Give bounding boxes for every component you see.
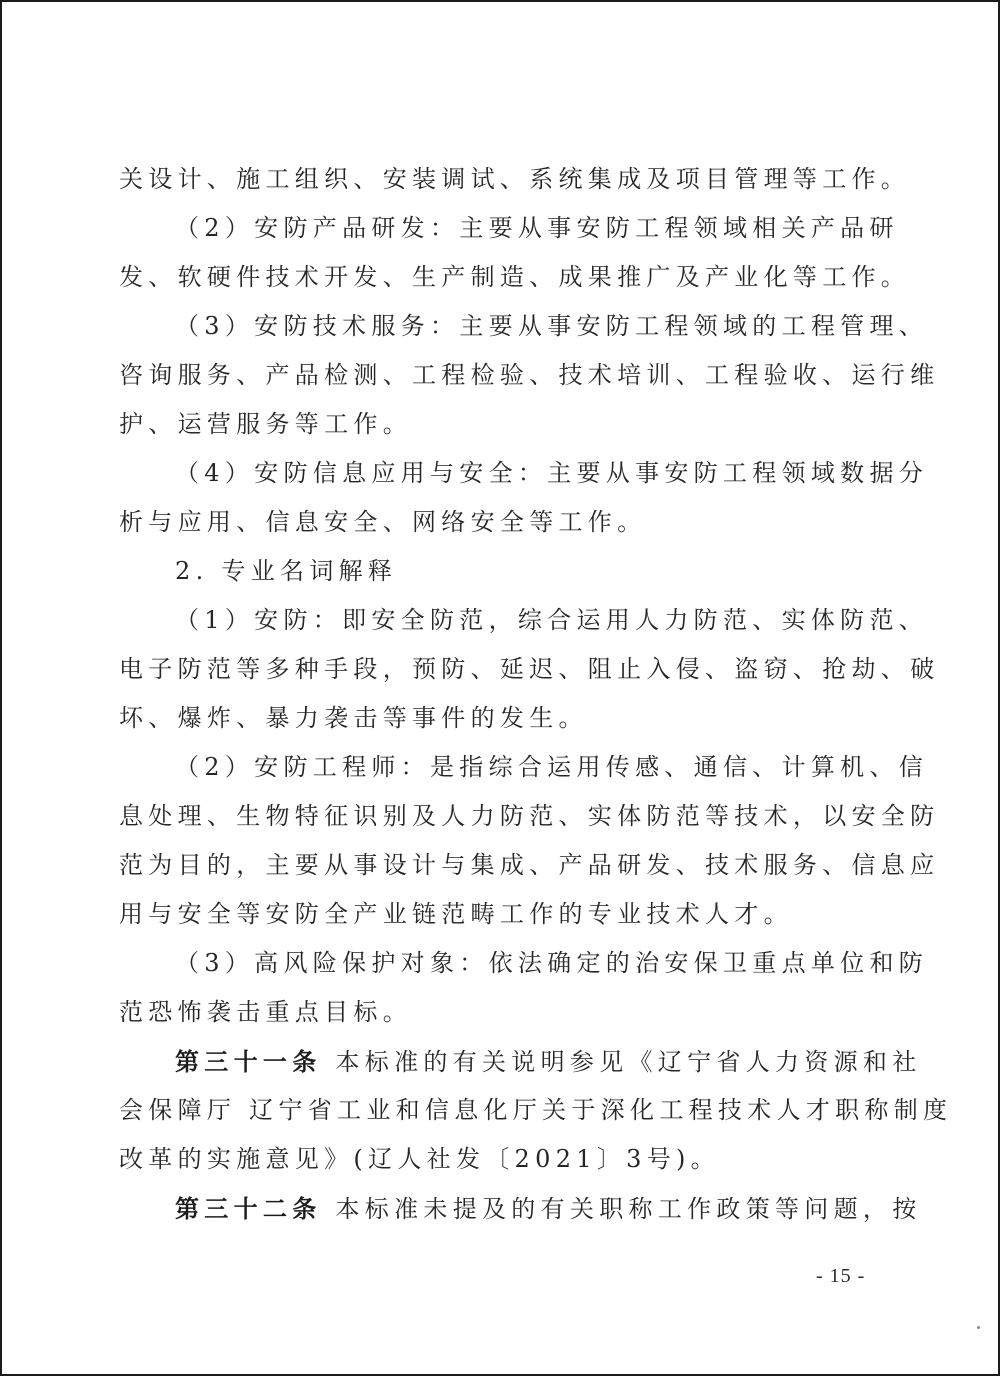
scan-speck bbox=[977, 1326, 980, 1329]
text-line: 用与安全等安防全产业链范畴工作的专业技术人才。 bbox=[119, 890, 864, 939]
page-number: - 15 - bbox=[816, 1265, 865, 1288]
text-line: 护、运营服务等工作。 bbox=[119, 400, 864, 449]
article-32-text: 本标准未提及的有关职称工作政策等问题，按 bbox=[336, 1195, 922, 1223]
text-line-item-3-tech-service: （3）安防技术服务：主要从事安防工程领域的工程管理、 bbox=[119, 302, 864, 351]
text-line-item-2-product-rd: （2）安防产品研发：主要从事安防工程领域相关产品研 bbox=[119, 204, 864, 253]
article-32-heading: 第三十二条 bbox=[175, 1194, 322, 1223]
text-line-term-3-high-risk: （3）高风险保护对象：依法确定的治安保卫重点单位和防 bbox=[119, 939, 864, 988]
document-page: 关设计、施工组织、安装调试、系统集成及项目管理等工作。 （2）安防产品研发：主要… bbox=[0, 0, 1000, 1376]
text-line: 范为目的，主要从事设计与集成、产品研发、技术服务、信息应 bbox=[119, 841, 864, 890]
article-31-text: 本标准的有关说明参见《辽宁省人力资源和社 bbox=[336, 1048, 922, 1076]
text-line: 关设计、施工组织、安装调试、系统集成及项目管理等工作。 bbox=[119, 155, 864, 204]
text-line: 坏、爆炸、暴力袭击等事件的发生。 bbox=[119, 694, 864, 743]
text-line: 析与应用、信息安全、网络安全等工作。 bbox=[119, 498, 864, 547]
text-line: 咨询服务、产品检测、工程检验、技术培训、工程验收、运行维 bbox=[119, 351, 864, 400]
article-32: 第三十二条本标准未提及的有关职称工作政策等问题，按 bbox=[119, 1184, 864, 1233]
text-line: 会保障厅 辽宁省工业和信息化厅关于深化工程技术人才职称制度 bbox=[119, 1086, 864, 1135]
text-line: 息处理、生物特征识别及人力防范、实体防范等技术，以安全防 bbox=[119, 792, 864, 841]
text-line-item-4-info-security: （4）安防信息应用与安全：主要从事安防工程领域数据分 bbox=[119, 449, 864, 498]
text-line-term-1-security: （1）安防：即安全防范，综合运用人力防范、实体防范、 bbox=[119, 596, 864, 645]
document-body: 关设计、施工组织、安装调试、系统集成及项目管理等工作。 （2）安防产品研发：主要… bbox=[119, 155, 864, 1233]
section-heading-terms: 2. 专业名词解释 bbox=[119, 547, 864, 596]
article-31-heading: 第三十一条 bbox=[175, 1047, 322, 1076]
article-31: 第三十一条本标准的有关说明参见《辽宁省人力资源和社 bbox=[119, 1037, 864, 1086]
text-line: 改革的实施意见》(辽人社发〔2021〕3号)。 bbox=[119, 1135, 864, 1184]
text-line-term-2-engineer: （2）安防工程师：是指综合运用传感、通信、计算机、信 bbox=[119, 743, 864, 792]
text-line: 发、软硬件技术开发、生产制造、成果推广及产业化等工作。 bbox=[119, 253, 864, 302]
text-line: 电子防范等多种手段，预防、延迟、阻止入侵、盗窃、抢劫、破 bbox=[119, 645, 864, 694]
text-line: 范恐怖袭击重点目标。 bbox=[119, 988, 864, 1037]
